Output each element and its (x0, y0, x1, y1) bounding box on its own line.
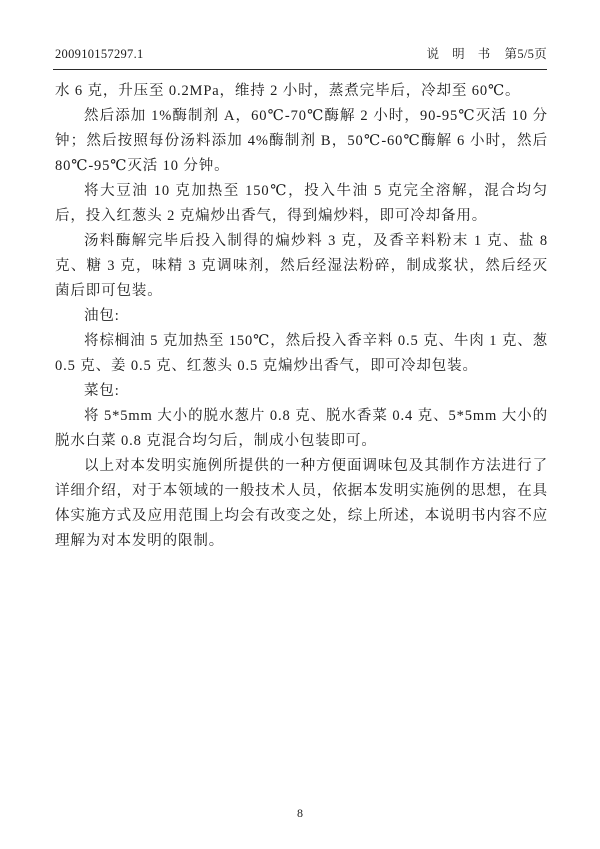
paragraph-closing-statement: 以上对本发明实施例所提供的一种方便面调味包及其制作方法进行了详细介绍，对于本领域… (55, 454, 548, 554)
paragraph-continuation: 水 6 克，升压至 0.2MPa，维持 2 小时，蒸煮完毕后，冷却至 60℃。 (55, 79, 548, 104)
document-body: 水 6 克，升压至 0.2MPa，维持 2 小时，蒸煮完毕后，冷却至 60℃。 … (0, 70, 600, 554)
page-header: 200910157297.1 说 明 书 第5/5页 (0, 0, 600, 62)
patent-page: 200910157297.1 说 明 书 第5/5页 水 6 克，升压至 0.2… (0, 0, 600, 849)
paragraph-mixing-step: 汤料酶解完毕后投入制得的煸炒料 3 克，及香辛料粉末 1 克、盐 8 克、糖 3… (55, 229, 548, 304)
application-number: 200910157297.1 (55, 47, 144, 62)
paragraph-oil-pack: 将棕榈油 5 克加热至 150℃，然后投入香辛料 0.5 克、牛肉 1 克、葱 … (55, 329, 548, 379)
paragraph-vegetable-pack: 将 5*5mm 大小的脱水葱片 0.8 克、脱水香菜 0.4 克、5*5mm 大… (55, 404, 548, 454)
paragraph-enzyme-step: 然后添加 1%酶制剂 A，60℃-70℃酶解 2 小时，90-95℃灭活 10 … (55, 104, 548, 179)
section-heading-vegetable-pack: 菜包: (55, 379, 548, 404)
section-heading-oil-pack: 油包: (55, 304, 548, 329)
doc-title: 说 明 书 (427, 44, 491, 62)
paragraph-stirfry-step: 将大豆油 10 克加热至 150℃，投入牛油 5 克完全溶解，混合均匀后，投入红… (55, 179, 548, 229)
page-number: 8 (297, 806, 303, 820)
header-right: 说 明 书 第5/5页 (427, 44, 548, 62)
page-footer: 8 (0, 806, 600, 821)
page-indicator: 第5/5页 (505, 44, 547, 62)
